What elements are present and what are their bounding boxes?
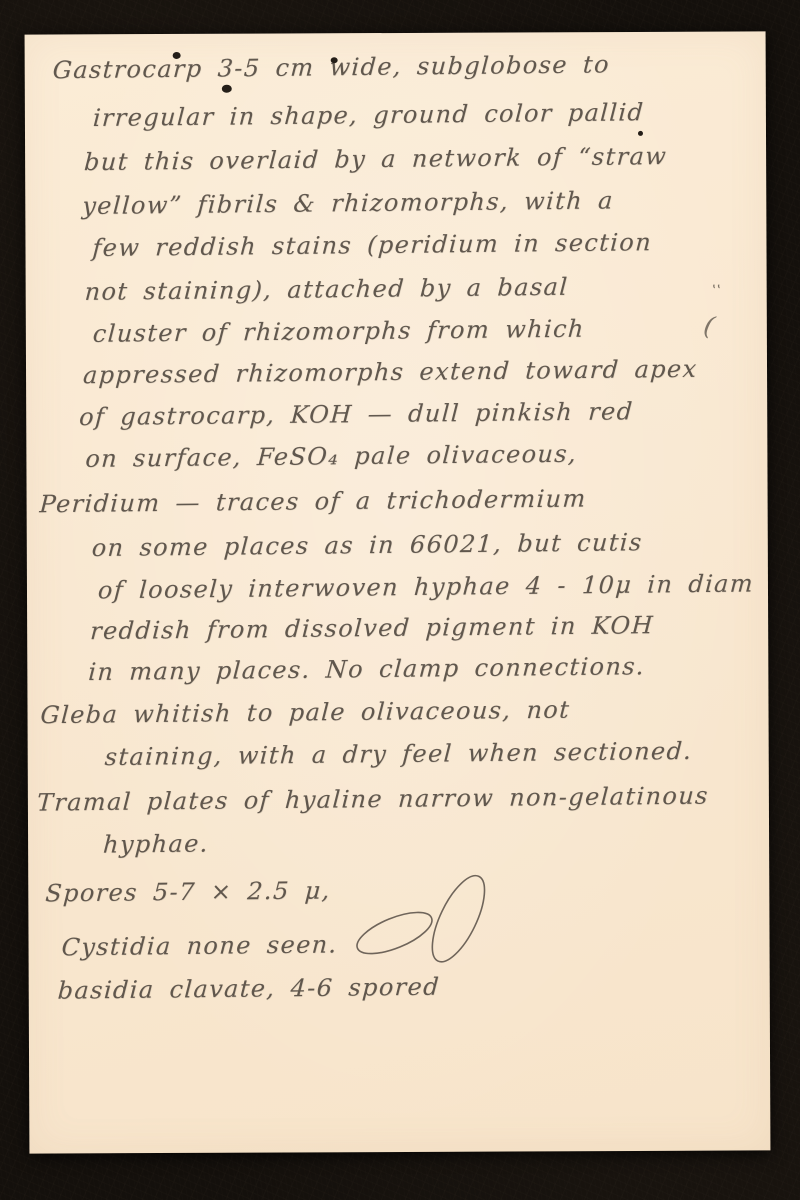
handwritten-line: staining, with a dry feel when sectioned… xyxy=(104,737,693,771)
handwritten-line: in many places. No clamp connections. xyxy=(88,652,646,686)
handwritten-line: Gastrocarp 3-5 cm wide, subglobose to xyxy=(52,50,611,84)
margin-mark: ‛‛ xyxy=(712,282,722,300)
handwritten-line: Peridium — traces of a trichodermium xyxy=(39,484,588,518)
handwritten-line: Gleba whitish to pale olivaceous, not xyxy=(40,696,571,730)
handwritten-line: of loosely interwoven hyphae 4 - 10μ in … xyxy=(97,569,755,604)
photo-background: Gastrocarp 3-5 cm wide, subglobose to ir… xyxy=(0,0,800,1200)
ink-speck xyxy=(222,85,232,93)
handwritten-line: Spores 5-7 × 2.5 μ, xyxy=(44,876,331,907)
handwritten-line: of gastrocarp, KOH — dull pinkish red xyxy=(78,397,634,431)
handwritten-line: irregular in shape, ground color pallid xyxy=(92,98,645,132)
ink-speck xyxy=(173,52,181,59)
handwritten-line: yellow” fibrils & rhizomorphs, with a xyxy=(81,186,614,220)
margin-mark: ( xyxy=(701,311,717,342)
handwritten-line: reddish from dissolved pigment in KOH xyxy=(89,611,654,645)
handwritten-line: Cystidia none seen. xyxy=(61,930,339,961)
handwritten-line: basidia clavate, 4-6 spored xyxy=(57,973,441,1005)
handwritten-line: not staining), attached by a basal xyxy=(84,273,569,306)
handwritten-line: cluster of rhizomorphs from which xyxy=(92,315,586,348)
handwritten-line: Tramal plates of hyaline narrow non-gela… xyxy=(36,782,710,817)
handwritten-line: on surface, FeSO₄ pale olivaceous, xyxy=(85,440,578,473)
spore-sketch-drawing xyxy=(346,871,506,976)
ink-speck xyxy=(331,57,338,63)
handwritten-line: few reddish stains (peridium in section xyxy=(92,228,653,262)
handwritten-line: on some places as in 66021, but cutis xyxy=(91,528,644,562)
handwritten-line: appressed rhizomorphs extend toward apex xyxy=(82,355,698,389)
ink-speck xyxy=(638,131,643,136)
spore-ellipses-icon xyxy=(346,871,506,972)
handwritten-line: but this overlaid by a network of “straw xyxy=(83,142,668,176)
note-paper: Gastrocarp 3-5 cm wide, subglobose to ir… xyxy=(25,31,771,1153)
handwritten-line: hyphae. xyxy=(102,829,209,858)
